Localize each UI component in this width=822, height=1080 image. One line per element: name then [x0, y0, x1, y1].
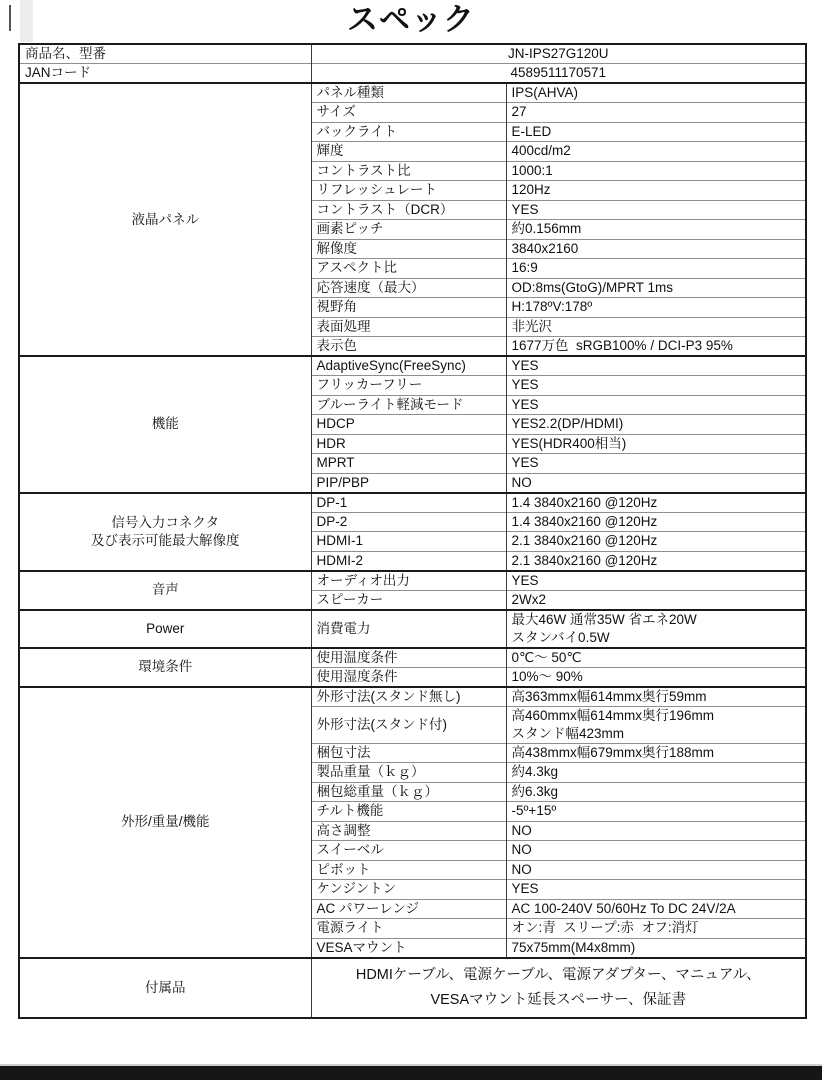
spec-row: 環境条件使用温度条件0℃～ 50℃	[19, 648, 806, 668]
spec-value-cell: NO	[506, 821, 806, 841]
spec-group-cell: 付属品	[19, 958, 311, 1018]
spec-value-cell: E-LED	[506, 122, 806, 142]
spec-value-cell: 1.4 3840x2160 @120Hz	[506, 493, 806, 513]
bottom-bar	[0, 1066, 822, 1080]
spec-value-cell: 2.1 3840x2160 @120Hz	[506, 551, 806, 571]
spec-item-cell: フリッカーフリー	[311, 376, 506, 396]
spec-value-cell: 1677万色 sRGB100% / DCI-P3 95%	[506, 337, 806, 357]
spec-group-cell: 環境条件	[19, 648, 311, 687]
spec-value-cell: YES	[506, 880, 806, 900]
spec-item-cell: コントラスト比	[311, 161, 506, 181]
spec-item-cell: 使用湿度条件	[311, 667, 506, 687]
spec-item-cell: AdaptiveSync(FreeSync)	[311, 356, 506, 376]
spec-row: 信号入力コネクタ 及び表示可能最大解像度DP-11.4 3840x2160 @1…	[19, 493, 806, 513]
spec-item-cell: スイーベル	[311, 841, 506, 861]
spec-item-cell: 消費電力	[311, 610, 506, 648]
spec-item-cell: ピボット	[311, 860, 506, 880]
spec-value-cell: NO	[506, 473, 806, 493]
spec-item-cell: PIP/PBP	[311, 473, 506, 493]
spec-header-value: JN-IPS27G120U	[311, 44, 806, 64]
spec-item-cell: 外形寸法(スタンド無し)	[311, 687, 506, 707]
spec-value-cell: YES	[506, 356, 806, 376]
page-title: スペック	[0, 0, 822, 40]
spec-row: 液晶パネルパネル種類IPS(AHVA)	[19, 83, 806, 103]
spec-value-cell: 10%～ 90%	[506, 667, 806, 687]
spec-value-cell: 非光沢	[506, 317, 806, 337]
spec-value-cell: 最大46W 通常35W 省エネ20W スタンバイ0.5W	[506, 610, 806, 648]
spec-value-cell: YES	[506, 200, 806, 220]
spec-row: 商品名、型番JN-IPS27G120U	[19, 44, 806, 64]
spec-row: 外形/重量/機能外形寸法(スタンド無し)高363mmx幅614mmx奥行59mm	[19, 687, 806, 707]
spec-item-cell: 高さ調整	[311, 821, 506, 841]
spec-group-cell: 外形/重量/機能	[19, 687, 311, 958]
spec-item-cell: HDCP	[311, 415, 506, 435]
spec-item-cell: 応答速度（最大）	[311, 278, 506, 298]
spec-item-cell: スピーカー	[311, 590, 506, 610]
spec-item-cell: HDMI-2	[311, 551, 506, 571]
spec-value-cell: 400cd/m2	[506, 142, 806, 162]
spec-value-cell: 高438mmx幅679mmx奥行188mm	[506, 743, 806, 763]
spec-value-cell: NO	[506, 860, 806, 880]
spec-item-cell: オーディオ出力	[311, 571, 506, 591]
spec-item-cell: バックライト	[311, 122, 506, 142]
spec-value-cell: 120Hz	[506, 181, 806, 201]
spec-table: 商品名、型番JN-IPS27G120UJANコード4589511170571液晶…	[18, 43, 807, 1019]
spec-value-cell: 約0.156mm	[506, 220, 806, 240]
spec-item-cell: HDR	[311, 434, 506, 454]
spec-group-cell: 音声	[19, 571, 311, 610]
spec-value-cell: 約6.3kg	[506, 782, 806, 802]
spec-value-cell: 1.4 3840x2160 @120Hz	[506, 512, 806, 532]
spec-row: 音声オーディオ出力YES	[19, 571, 806, 591]
spec-item-cell: 外形寸法(スタンド付)	[311, 706, 506, 743]
spec-item-cell: DP-1	[311, 493, 506, 513]
spec-row: Power消費電力最大46W 通常35W 省エネ20W スタンバイ0.5W	[19, 610, 806, 648]
spec-value-cell: OD:8ms(GtoG)/MPRT 1ms	[506, 278, 806, 298]
spec-item-cell: パネル種類	[311, 83, 506, 103]
spec-item-cell: コントラスト（DCR）	[311, 200, 506, 220]
spec-header-label: JANコード	[19, 64, 311, 84]
spec-value-cell: YES	[506, 395, 806, 415]
spec-value-cell: AC 100-240V 50/60Hz To DC 24V/2A	[506, 899, 806, 919]
spec-group-cell: 信号入力コネクタ 及び表示可能最大解像度	[19, 493, 311, 571]
spec-value-cell: 16:9	[506, 259, 806, 279]
spec-row: JANコード4589511170571	[19, 64, 806, 84]
spec-value-cell: HDMIケーブル、電源ケーブル、電源アダプター、マニュアル、 VESAマウント延…	[311, 958, 806, 1018]
spec-value-cell: YES	[506, 376, 806, 396]
spec-value-cell: YES	[506, 454, 806, 474]
spec-header-value: 4589511170571	[311, 64, 806, 84]
spec-value-cell: 2Wx2	[506, 590, 806, 610]
spec-value-cell: H:178ºV:178º	[506, 298, 806, 318]
spec-item-cell: 表示色	[311, 337, 506, 357]
spec-item-cell: MPRT	[311, 454, 506, 474]
spec-item-cell: 梱包寸法	[311, 743, 506, 763]
spec-item-cell: 電源ライト	[311, 919, 506, 939]
spec-value-cell: オン:青 スリープ:赤 オフ:消灯	[506, 919, 806, 939]
spec-value-cell: YES2.2(DP/HDMI)	[506, 415, 806, 435]
spec-item-cell: 製品重量（ｋｇ）	[311, 763, 506, 783]
spec-row: 機能AdaptiveSync(FreeSync)YES	[19, 356, 806, 376]
spec-item-cell: 梱包総重量（ｋｇ）	[311, 782, 506, 802]
spec-value-cell: 2.1 3840x2160 @120Hz	[506, 532, 806, 552]
spec-value-cell: 高460mmx幅614mmx奥行196mm スタンド幅423mm	[506, 706, 806, 743]
spec-item-cell: AC パワーレンジ	[311, 899, 506, 919]
spec-value-cell: 27	[506, 103, 806, 123]
spec-item-cell: 解像度	[311, 239, 506, 259]
spec-row: 付属品HDMIケーブル、電源ケーブル、電源アダプター、マニュアル、 VESAマウ…	[19, 958, 806, 1018]
spec-item-cell: HDMI-1	[311, 532, 506, 552]
spec-value-cell: 1000:1	[506, 161, 806, 181]
spec-group-cell: Power	[19, 610, 311, 648]
spec-value-cell: 高363mmx幅614mmx奥行59mm	[506, 687, 806, 707]
spec-group-cell: 液晶パネル	[19, 83, 311, 356]
spec-value-cell: 3840x2160	[506, 239, 806, 259]
spec-value-cell: YES(HDR400相当)	[506, 434, 806, 454]
spec-item-cell: 画素ピッチ	[311, 220, 506, 240]
spec-header-label: 商品名、型番	[19, 44, 311, 64]
spec-item-cell: 視野角	[311, 298, 506, 318]
spec-item-cell: ケンジントン	[311, 880, 506, 900]
spec-item-cell: サイズ	[311, 103, 506, 123]
spec-item-cell: 使用温度条件	[311, 648, 506, 668]
spec-value-cell: 約4.3kg	[506, 763, 806, 783]
spec-value-cell: IPS(AHVA)	[506, 83, 806, 103]
spec-value-cell: YES	[506, 571, 806, 591]
spec-item-cell: 輝度	[311, 142, 506, 162]
spec-value-cell: 0℃～ 50℃	[506, 648, 806, 668]
spec-value-cell: -5º+15º	[506, 802, 806, 822]
spec-item-cell: DP-2	[311, 512, 506, 532]
spec-item-cell: VESAマウント	[311, 938, 506, 958]
spec-value-cell: 75x75mm(M4x8mm)	[506, 938, 806, 958]
spec-item-cell: 表面処理	[311, 317, 506, 337]
spec-item-cell: リフレッシュレート	[311, 181, 506, 201]
spec-item-cell: アスペクト比	[311, 259, 506, 279]
spec-group-cell: 機能	[19, 356, 311, 493]
spec-item-cell: チルト機能	[311, 802, 506, 822]
spec-item-cell: ブルーライト軽減モード	[311, 395, 506, 415]
spec-value-cell: NO	[506, 841, 806, 861]
